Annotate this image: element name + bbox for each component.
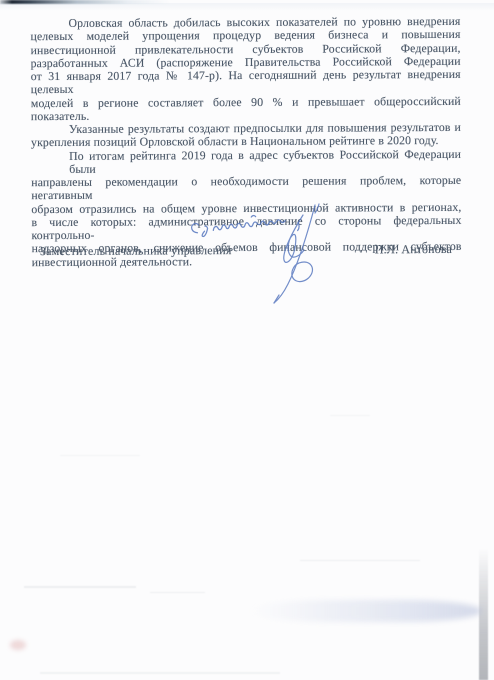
scan-artifact-streak xyxy=(330,415,370,416)
paragraph: Указанные результаты создают предпосылки… xyxy=(31,121,461,150)
scan-artifact-streak xyxy=(24,586,136,588)
scan-artifact-smudge xyxy=(250,600,482,622)
text-line: от 31 января 2017 года № 147-р). На сего… xyxy=(31,68,461,97)
signer-name: П.Л. Антонова xyxy=(375,242,452,257)
paragraph: Орловская область добилась высоких показ… xyxy=(30,15,461,123)
scan-artifact-speck xyxy=(10,640,26,650)
document-page: Орловская область добилась высоких показ… xyxy=(0,0,494,680)
text-line: моделей в регионе составляет более 90 % … xyxy=(31,94,461,123)
signature-row: Заместитель начальника управления П.Л. А… xyxy=(0,242,494,260)
scan-artifact-streak xyxy=(60,455,140,456)
scan-artifact-right-band xyxy=(479,548,488,680)
scan-artifact-streak xyxy=(40,672,280,674)
text-line: направлены рекомендации о необходимости … xyxy=(31,174,461,203)
text-line: По итогам рейтинга 2019 года в адрес суб… xyxy=(31,147,461,176)
scan-artifact-streak xyxy=(300,560,420,561)
scan-artifact-streak xyxy=(150,592,205,593)
position-title: Заместитель начальника управления xyxy=(40,243,232,259)
